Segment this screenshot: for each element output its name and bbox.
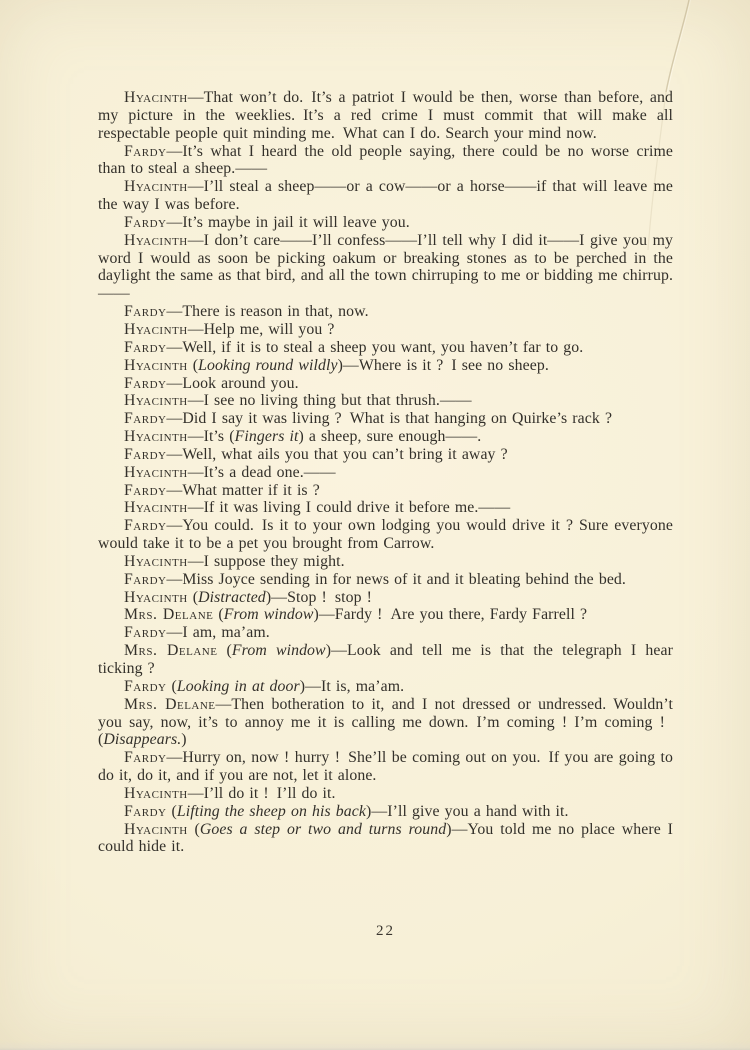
dialogue-text: ( (188, 821, 200, 838)
page-number: 22 (98, 923, 673, 940)
dialogue-paragraph: Fardy—It’s maybe in jail it will leave y… (98, 214, 673, 232)
speaker-name: Fardy (124, 339, 166, 356)
speaker-name: Fardy (124, 571, 166, 588)
dialogue-text: ( (166, 803, 176, 820)
dialogue-text: —It’s what I heard the old people saying… (98, 143, 673, 178)
dialogue-paragraph: Hyacinth (Looking round wildly)—Where is… (98, 357, 673, 375)
speaker-name: Hyacinth (124, 499, 188, 516)
dialogue-text: )—Stop ! stop ! (266, 589, 372, 606)
dialogue-text: —What matter if it is ? (166, 482, 319, 499)
dialogue-text: —I’ll do it ! I’ll do it. (188, 785, 336, 802)
dialogue-paragraph: Hyacinth—I’ll do it ! I’ll do it. (98, 785, 673, 803)
speaker-name: Fardy (124, 482, 166, 499)
dialogue-paragraph: Fardy—You could. Is it to your own lodgi… (98, 517, 673, 553)
speaker-name: Hyacinth (124, 89, 188, 106)
dialogue-text: —Help me, will you ? (188, 321, 335, 338)
speaker-name: Hyacinth (124, 464, 188, 481)
dialogue-text: ) (181, 731, 186, 748)
speaker-name: Fardy (124, 214, 166, 231)
dialogue-paragraph: Fardy—Look around you. (98, 375, 673, 393)
dialogue-text: )—I’ll give you a hand with it. (366, 803, 569, 820)
dialogue-paragraph: Mrs. Delane—Then botheration to it, and … (98, 696, 673, 750)
dialogue-text: —I suppose they might. (188, 553, 345, 570)
dialogue-text: —Did I say it was living ? What is that … (166, 410, 612, 427)
page-bottom-edge (0, 1041, 750, 1050)
dialogue-paragraph: Fardy—Miss Joyce sending in for news of … (98, 571, 673, 589)
speaker-name: Hyacinth (124, 428, 188, 445)
dialogue-text: —Well, if it is to steal a sheep you wan… (166, 339, 583, 356)
speaker-name: Hyacinth (124, 232, 188, 249)
dialogue-text: —Miss Joyce sending in for news of it an… (166, 571, 626, 588)
stage-direction: Looking in at door (177, 678, 300, 695)
speaker-name: Fardy (124, 678, 166, 695)
speaker-name: Mrs. Delane (124, 696, 216, 713)
dialogue-paragraph: Fardy—Did I say it was living ? What is … (98, 410, 673, 428)
stage-direction: Fingers it (235, 428, 299, 445)
dialogue-paragraph: Fardy—Well, what ails you that you can’t… (98, 446, 673, 464)
scanned-book-page: { "meta": { "page_number": "22" }, "colo… (0, 0, 750, 1050)
speaker-name: Hyacinth (124, 357, 188, 374)
dialogue-paragraph: Hyacinth—Help me, will you ? (98, 321, 673, 339)
dialogue-text: —If it was living I could drive it befor… (188, 499, 511, 516)
dialogue-paragraph: Fardy—Hurry on, now ! hurry ! She’ll be … (98, 749, 673, 785)
dialogue-paragraph: Mrs. Delane (From window)—Fardy ! Are yo… (98, 606, 673, 624)
dialogue-text: —I see no living thing but that thrush.—… (188, 392, 472, 409)
dialogue-text: ( (166, 678, 176, 695)
dialogue-text: —Hurry on, now ! hurry ! She’ll be comin… (98, 749, 673, 784)
dialogue-paragraph: Hyacinth—I suppose they might. (98, 553, 673, 571)
dialogue-text: )—It is, ma’am. (300, 678, 404, 695)
speaker-name: Hyacinth (124, 589, 188, 606)
speaker-name: Fardy (124, 517, 166, 534)
speaker-name: Hyacinth (124, 553, 188, 570)
dialogue-text: ( (217, 642, 231, 659)
speaker-name: Hyacinth (124, 321, 188, 338)
stage-direction: Disappears. (103, 731, 181, 748)
dialogue-text: —It’s ( (188, 428, 235, 445)
speaker-name: Fardy (124, 375, 166, 392)
speaker-name: Mrs. Delane (124, 606, 213, 623)
dialogue-paragraph: Fardy (Looking in at door)—It is, ma’am. (98, 678, 673, 696)
speaker-name: Fardy (124, 749, 166, 766)
stage-direction: From window (224, 606, 314, 623)
dialogue-paragraph: Hyacinth (Goes a step or two and turns r… (98, 821, 673, 857)
speaker-name: Fardy (124, 624, 166, 641)
speaker-name: Hyacinth (124, 392, 188, 409)
stage-direction: Lifting the sheep on his back (177, 803, 366, 820)
speaker-name: Fardy (124, 143, 166, 160)
stage-direction: Looking round wildly (198, 357, 337, 374)
dialogue-paragraph: Fardy (Lifting the sheep on his back)—I’… (98, 803, 673, 821)
book-page: Hyacinth—That won’t do. It’s a patriot I… (0, 0, 750, 1050)
dialogue-paragraph: Hyacinth—If it was living I could drive … (98, 499, 673, 517)
speaker-name: Hyacinth (124, 178, 188, 195)
speaker-name: Fardy (124, 303, 166, 320)
dialogue-text: —There is reason in that, now. (166, 303, 368, 320)
stage-direction: From window (232, 642, 326, 659)
stage-direction: Goes a step or two and turns round (200, 821, 446, 838)
dialogue-paragraph: Hyacinth—That won’t do. It’s a patriot I… (98, 89, 673, 143)
play-dialogue: Hyacinth—That won’t do. It’s a patriot I… (98, 89, 673, 856)
speaker-name: Mrs. Delane (124, 642, 217, 659)
dialogue-paragraph: Hyacinth—I’ll steal a sheep——or a cow——o… (98, 178, 673, 214)
dialogue-text: —It’s maybe in jail it will leave you. (166, 214, 409, 231)
dialogue-paragraph: Hyacinth—It’s (Fingers it) a sheep, sure… (98, 428, 673, 446)
dialogue-text: —I am, ma’am. (166, 624, 269, 641)
dialogue-text: ) a sheep, sure enough——. (298, 428, 481, 445)
dialogue-paragraph: Hyacinth (Distracted)—Stop ! stop ! (98, 589, 673, 607)
dialogue-text: ( (188, 357, 198, 374)
dialogue-text: —Look around you. (166, 375, 298, 392)
dialogue-paragraph: Fardy—I am, ma’am. (98, 624, 673, 642)
speaker-name: Fardy (124, 803, 166, 820)
dialogue-paragraph: Hyacinth—It’s a dead one.—— (98, 464, 673, 482)
dialogue-paragraph: Hyacinth—I see no living thing but that … (98, 392, 673, 410)
dialogue-text: ( (188, 589, 198, 606)
dialogue-paragraph: Mrs. Delane (From window)—Look and tell … (98, 642, 673, 678)
dialogue-text: )—Where is it ? I see no sheep. (338, 357, 549, 374)
speaker-name: Hyacinth (124, 785, 188, 802)
dialogue-paragraph: Fardy—What matter if it is ? (98, 482, 673, 500)
dialogue-text: —You could. Is it to your own lodging yo… (98, 517, 673, 552)
dialogue-paragraph: Fardy—Well, if it is to steal a sheep yo… (98, 339, 673, 357)
speaker-name: Fardy (124, 410, 166, 427)
dialogue-paragraph: Fardy—It’s what I heard the old people s… (98, 143, 673, 179)
dialogue-text: —It’s a dead one.—— (188, 464, 336, 481)
dialogue-text: —Well, what ails you that you can’t brin… (166, 446, 507, 463)
stage-direction: Distracted (198, 589, 266, 606)
dialogue-paragraph: Hyacinth—I don’t care——I’ll confess——I’l… (98, 232, 673, 303)
dialogue-paragraph: Fardy—There is reason in that, now. (98, 303, 673, 321)
speaker-name: Fardy (124, 446, 166, 463)
dialogue-text: ( (213, 606, 223, 623)
speaker-name: Hyacinth (124, 821, 188, 838)
dialogue-text: )—Fardy ! Are you there, Fardy Farrell ? (314, 606, 588, 623)
